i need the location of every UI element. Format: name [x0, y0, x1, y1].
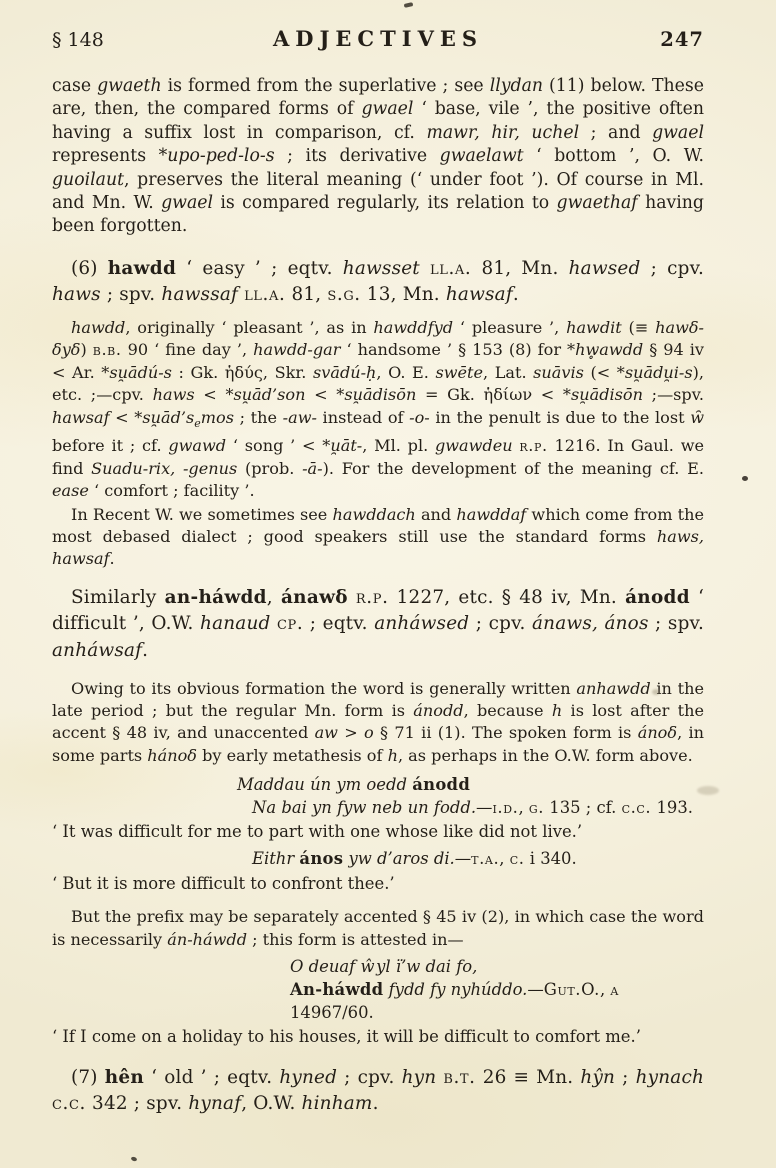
text-run: ; cpv.: [641, 258, 705, 279]
text-run: ‘ It was difficult for me to part with o…: [52, 822, 582, 841]
text-run: ‘ easy ’ ; eqtv.: [176, 258, 343, 279]
text-run: c.: [510, 849, 525, 868]
verse-maddau-line-2: Na bai yn fyw neb un fodd.—i.d., g. 135 …: [252, 796, 704, 819]
text-run: Suadu-rix, -genus: [91, 459, 237, 478]
text-run: Owing to its obvious formation the word …: [71, 679, 576, 698]
text-run: ‘ old ’ ; eqtv.: [144, 1067, 279, 1088]
text-run: ‘ song ’ < *: [226, 436, 330, 455]
text-run: hyned: [279, 1067, 337, 1088]
text-run: hawssaf: [161, 284, 238, 305]
text-run: yw d’aros di.: [343, 849, 454, 868]
text-run: án-háwdd: [167, 930, 247, 949]
text-run: hawsed: [569, 258, 641, 279]
text-run: 1227, etc. § 48 iv, Mn.: [389, 587, 626, 608]
text-run: gwawd: [168, 436, 226, 455]
text-run: , as perhaps in the O.W. form above.: [398, 746, 693, 765]
text-run: b.b.: [93, 340, 122, 359]
text-run: , Ml. pl.: [362, 436, 435, 455]
text-run: and: [416, 505, 457, 524]
text-run: ,: [499, 849, 509, 868]
verse-o-deuaf-line-1: O deuaf ŵyl ï’w dai fo,: [290, 955, 704, 978]
text-run: 26 ≡ Mn.: [476, 1067, 581, 1088]
page-number: 247: [584, 28, 704, 51]
text-run: an-háwdd: [165, 587, 267, 608]
text-run: mos: [201, 408, 234, 427]
text-run: ; cpv.: [337, 1067, 402, 1088]
text-run: a: [610, 980, 619, 999]
text-run: 81,: [285, 284, 327, 305]
text-run: ‘ bottom ’, O. W.: [524, 146, 704, 166]
text-run: .: [142, 640, 148, 661]
text-run: , O.W.: [241, 1093, 301, 1114]
text-run: ease: [52, 481, 89, 500]
text-run: ‘ handsome ’ § 153 (8) for *: [340, 340, 575, 359]
text-run: .: [513, 284, 519, 305]
text-run: hawsset: [343, 258, 420, 279]
text-run: cp.: [277, 613, 303, 634]
text-run: su̯ādu̯i-s: [625, 363, 693, 382]
translation-eithr: ‘ But it is more difficult to confront t…: [52, 873, 704, 896]
text-run: by early metathesis of: [197, 746, 388, 765]
text-run: ános: [299, 849, 343, 868]
text-run: in the penult is due to the lost: [430, 408, 690, 427]
text-run: < *: [195, 385, 234, 404]
entry-7-hen: (7) hên ‘ old ’ ; eqtv. hyned ; cpv. hyn…: [52, 1065, 704, 1118]
text-run: g.: [529, 798, 544, 817]
text-run: is formed from the superlative ; see: [162, 76, 490, 96]
text-run: is compared regularly, its relation to: [213, 193, 557, 213]
text-run: (7): [71, 1067, 105, 1088]
text-run: r.p.: [356, 587, 389, 608]
text-run: -aw-: [283, 408, 317, 427]
text-run: [348, 587, 356, 608]
verse-maddau-line-1: Maddau ún ym oedd ánodd: [237, 773, 704, 796]
text-run: ;—spv.: [643, 385, 704, 404]
text-run: hánoδ: [147, 746, 197, 765]
page-content: § 148 ADJECTIVES 247 case gwaeth is form…: [52, 26, 704, 1118]
text-run: O deuaf ŵyl ï’w dai fo,: [290, 957, 477, 976]
text-run: anháwsed: [374, 613, 469, 634]
text-run: ,: [600, 980, 610, 999]
text-blocks: case gwaeth is formed from the superlati…: [52, 75, 704, 1118]
text-run: ‘ If I come on a holiday to his houses, …: [52, 1027, 641, 1046]
entry-anhawdd: Similarly an-háwdd, ánawδ r.p. 1227, etc…: [52, 585, 704, 665]
text-run: su̯ād’son: [234, 385, 306, 404]
text-run: ‘ pleasure ’,: [453, 318, 566, 337]
text-run: instead of: [317, 408, 409, 427]
text-run: aw > o: [315, 723, 374, 742]
text-run: (6): [71, 258, 108, 279]
text-run: .: [110, 549, 115, 568]
note-prefix-accent: But the prefix may be separately accente…: [52, 906, 704, 951]
text-run: , Lat.: [483, 363, 533, 382]
text-run: , O. E.: [376, 363, 435, 382]
text-run: ;: [615, 1067, 636, 1088]
text-run: case: [52, 76, 97, 96]
text-run: gwaelawt: [440, 146, 524, 166]
text-run: Na bai yn fyw neb un fodd.: [252, 798, 476, 817]
text-run: hyn: [402, 1067, 437, 1088]
text-run: .: [373, 1093, 379, 1114]
text-run: gwaeth: [97, 76, 161, 96]
text-run: —: [476, 798, 492, 817]
text-run: gwael: [361, 99, 413, 119]
text-run: h: [552, 701, 562, 720]
text-run: su̯ādisōn: [344, 385, 416, 404]
text-run: w̑: [690, 408, 704, 427]
text-run: hawddaf: [456, 505, 526, 524]
translation-o-deuaf: ‘ If I come on a holiday to his houses, …: [52, 1026, 704, 1049]
text-run: ánaws, ános: [532, 613, 649, 634]
text-run: ): [80, 340, 92, 359]
note-anhawdd-formation: Owing to its obvious formation the word …: [52, 678, 704, 768]
text-run: ; cpv.: [469, 613, 532, 634]
text-run: Similarly: [71, 587, 165, 608]
text-run: hawdd: [108, 258, 176, 279]
text-run: Gut.O.: [544, 980, 600, 999]
text-run: ; the: [234, 408, 283, 427]
text-run: r.p.: [519, 436, 547, 455]
text-run: svādú-ḥ: [313, 363, 376, 382]
paper-smudge: [652, 689, 660, 695]
text-run: 90 ‘ fine day ’,: [122, 340, 254, 359]
text-run: su̯ādú-s: [109, 363, 172, 382]
text-run: hên: [105, 1067, 144, 1088]
text-run: 81, Mn.: [471, 258, 568, 279]
text-run: , because: [464, 701, 552, 720]
text-run: hawdit: [566, 318, 622, 337]
text-run: (< *: [584, 363, 625, 382]
text-run: b.t.: [443, 1067, 475, 1088]
text-run: ). For the development of the meaning cf…: [323, 459, 704, 478]
text-run: ánoδ: [638, 723, 677, 742]
text-run: = Gk. ἡδίων < *: [416, 385, 571, 404]
text-run: s.g.: [327, 284, 360, 305]
book-page: § 148 ADJECTIVES 247 case gwaeth is form…: [0, 0, 776, 1168]
text-run: h: [388, 746, 398, 765]
text-run: u̯āt-: [330, 436, 362, 455]
text-run: ; its derivative: [275, 146, 440, 166]
text-run: ; spv.: [101, 284, 162, 305]
text-run: haws: [52, 284, 101, 305]
text-run: c.c.: [622, 798, 652, 817]
text-run: hanaud: [200, 613, 270, 634]
text-run: i 340.: [525, 849, 577, 868]
text-run: before it ; cf.: [52, 436, 168, 455]
text-run: hawddach: [332, 505, 415, 524]
text-run: hw̥awdd: [575, 340, 643, 359]
text-run: llydan: [490, 76, 543, 96]
text-run: § 71 ii (1). The spoken form is: [374, 723, 638, 742]
text-run: haws: [153, 385, 195, 404]
text-run: ánodd: [412, 775, 470, 794]
page-header: § 148 ADJECTIVES 247: [52, 26, 704, 51]
note-recent-welsh: In Recent W. we sometimes see hawddach a…: [52, 504, 704, 571]
paper-smudge: [697, 786, 719, 795]
text-run: ‘ comfort ; facility ’.: [89, 481, 255, 500]
text-run: Eithr: [252, 849, 299, 868]
text-run: ,: [518, 798, 528, 817]
text-run: hynaf: [188, 1093, 241, 1114]
text-run: c.c.: [52, 1093, 86, 1114]
text-run: swēte: [435, 363, 483, 382]
text-run: gwael: [652, 123, 704, 143]
text-run: ll.a.: [244, 284, 285, 305]
text-run: ll.a.: [430, 258, 471, 279]
text-run: 135 ; cf.: [544, 798, 622, 817]
text-run: t.a.: [471, 849, 499, 868]
text-run: (prob.: [237, 459, 302, 478]
text-run: —: [455, 849, 471, 868]
text-run: ánodd: [625, 587, 690, 608]
translation-maddau: ‘ It was difficult for me to part with o…: [52, 821, 704, 844]
text-run: upo-ped-lo-s: [167, 146, 274, 166]
text-run: ; this form is attested in—: [247, 930, 464, 949]
text-run: su̯ād’s: [142, 408, 194, 427]
text-run: guoilaut: [52, 170, 124, 190]
text-run: 193.: [651, 798, 693, 817]
text-run: ; and: [579, 123, 652, 143]
text-run: su̯ādisōn: [571, 385, 643, 404]
text-run: gwawdeu: [435, 436, 513, 455]
verse-eithr: Eithr ános yw d’aros di.—t.a., c. i 340.: [252, 847, 704, 870]
text-run: 13, Mn.: [361, 284, 446, 305]
text-run: Maddau ún ym oedd: [237, 775, 412, 794]
text-run: ; spv.: [649, 613, 704, 634]
text-run: hynach: [636, 1067, 704, 1088]
text-run: : Gk. ἡδύς, Skr.: [172, 363, 313, 382]
text-run: hinham: [302, 1093, 373, 1114]
running-title: ADJECTIVES: [172, 26, 584, 51]
text-run: fydd fy nyhúddo.: [383, 980, 527, 999]
text-run: In Recent W. we sometimes see: [71, 505, 332, 524]
text-run: ‘ But it is more difficult to confront t…: [52, 874, 395, 893]
text-run: hawsaf: [52, 408, 110, 427]
text-run: [420, 258, 430, 279]
ink-speck: [742, 476, 748, 481]
text-run: hŷn: [580, 1067, 615, 1088]
text-run: anhawdd: [576, 679, 650, 698]
text-run: suāvis: [533, 363, 584, 382]
text-run: represents *: [52, 146, 167, 166]
paragraph-gwael-continuation: case gwaeth is formed from the superlati…: [52, 75, 704, 239]
text-run: mawr, hir, uchel: [426, 123, 579, 143]
text-run: , originally ‘ pleasant ’, as in: [125, 318, 373, 337]
text-run: hawsaf: [446, 284, 513, 305]
text-run: anháwsaf: [52, 640, 142, 661]
text-run: ; eqtv.: [303, 613, 374, 634]
text-run: gwael: [161, 193, 213, 213]
text-run: —: [527, 980, 543, 999]
text-run: 14967/60.: [290, 1003, 374, 1022]
text-run: ,: [267, 587, 281, 608]
verse-o-deuaf-line-2: An-háwdd fydd fy nyhúddo.—Gut.O., a 1496…: [290, 978, 704, 1024]
ink-speck: [404, 2, 414, 8]
note-hawdd-etymology: hawdd, originally ‘ pleasant ’, as in ha…: [52, 317, 704, 502]
text-run: (≡: [622, 318, 655, 337]
text-run: i.d.: [492, 798, 518, 817]
text-run: gwaethaf: [557, 193, 638, 213]
text-run: ánodd: [413, 701, 463, 720]
text-run: -ā-: [302, 459, 322, 478]
text-run: hawdd: [71, 318, 125, 337]
ink-speck: [130, 1156, 137, 1162]
section-marker: § 148: [52, 29, 172, 51]
text-run: hawddfyd: [373, 318, 453, 337]
text-run: ánawδ: [281, 587, 348, 608]
text-run: -o-: [409, 408, 430, 427]
text-run: 342 ; spv.: [86, 1093, 188, 1114]
text-run: hawdd-gar: [253, 340, 340, 359]
entry-6-hawdd: (6) hawdd ‘ easy ’ ; eqtv. hawsset ll.a.…: [52, 256, 704, 309]
text-run: An-háwdd: [290, 980, 383, 999]
text-run: < *: [305, 385, 344, 404]
text-run: < *: [110, 408, 143, 427]
